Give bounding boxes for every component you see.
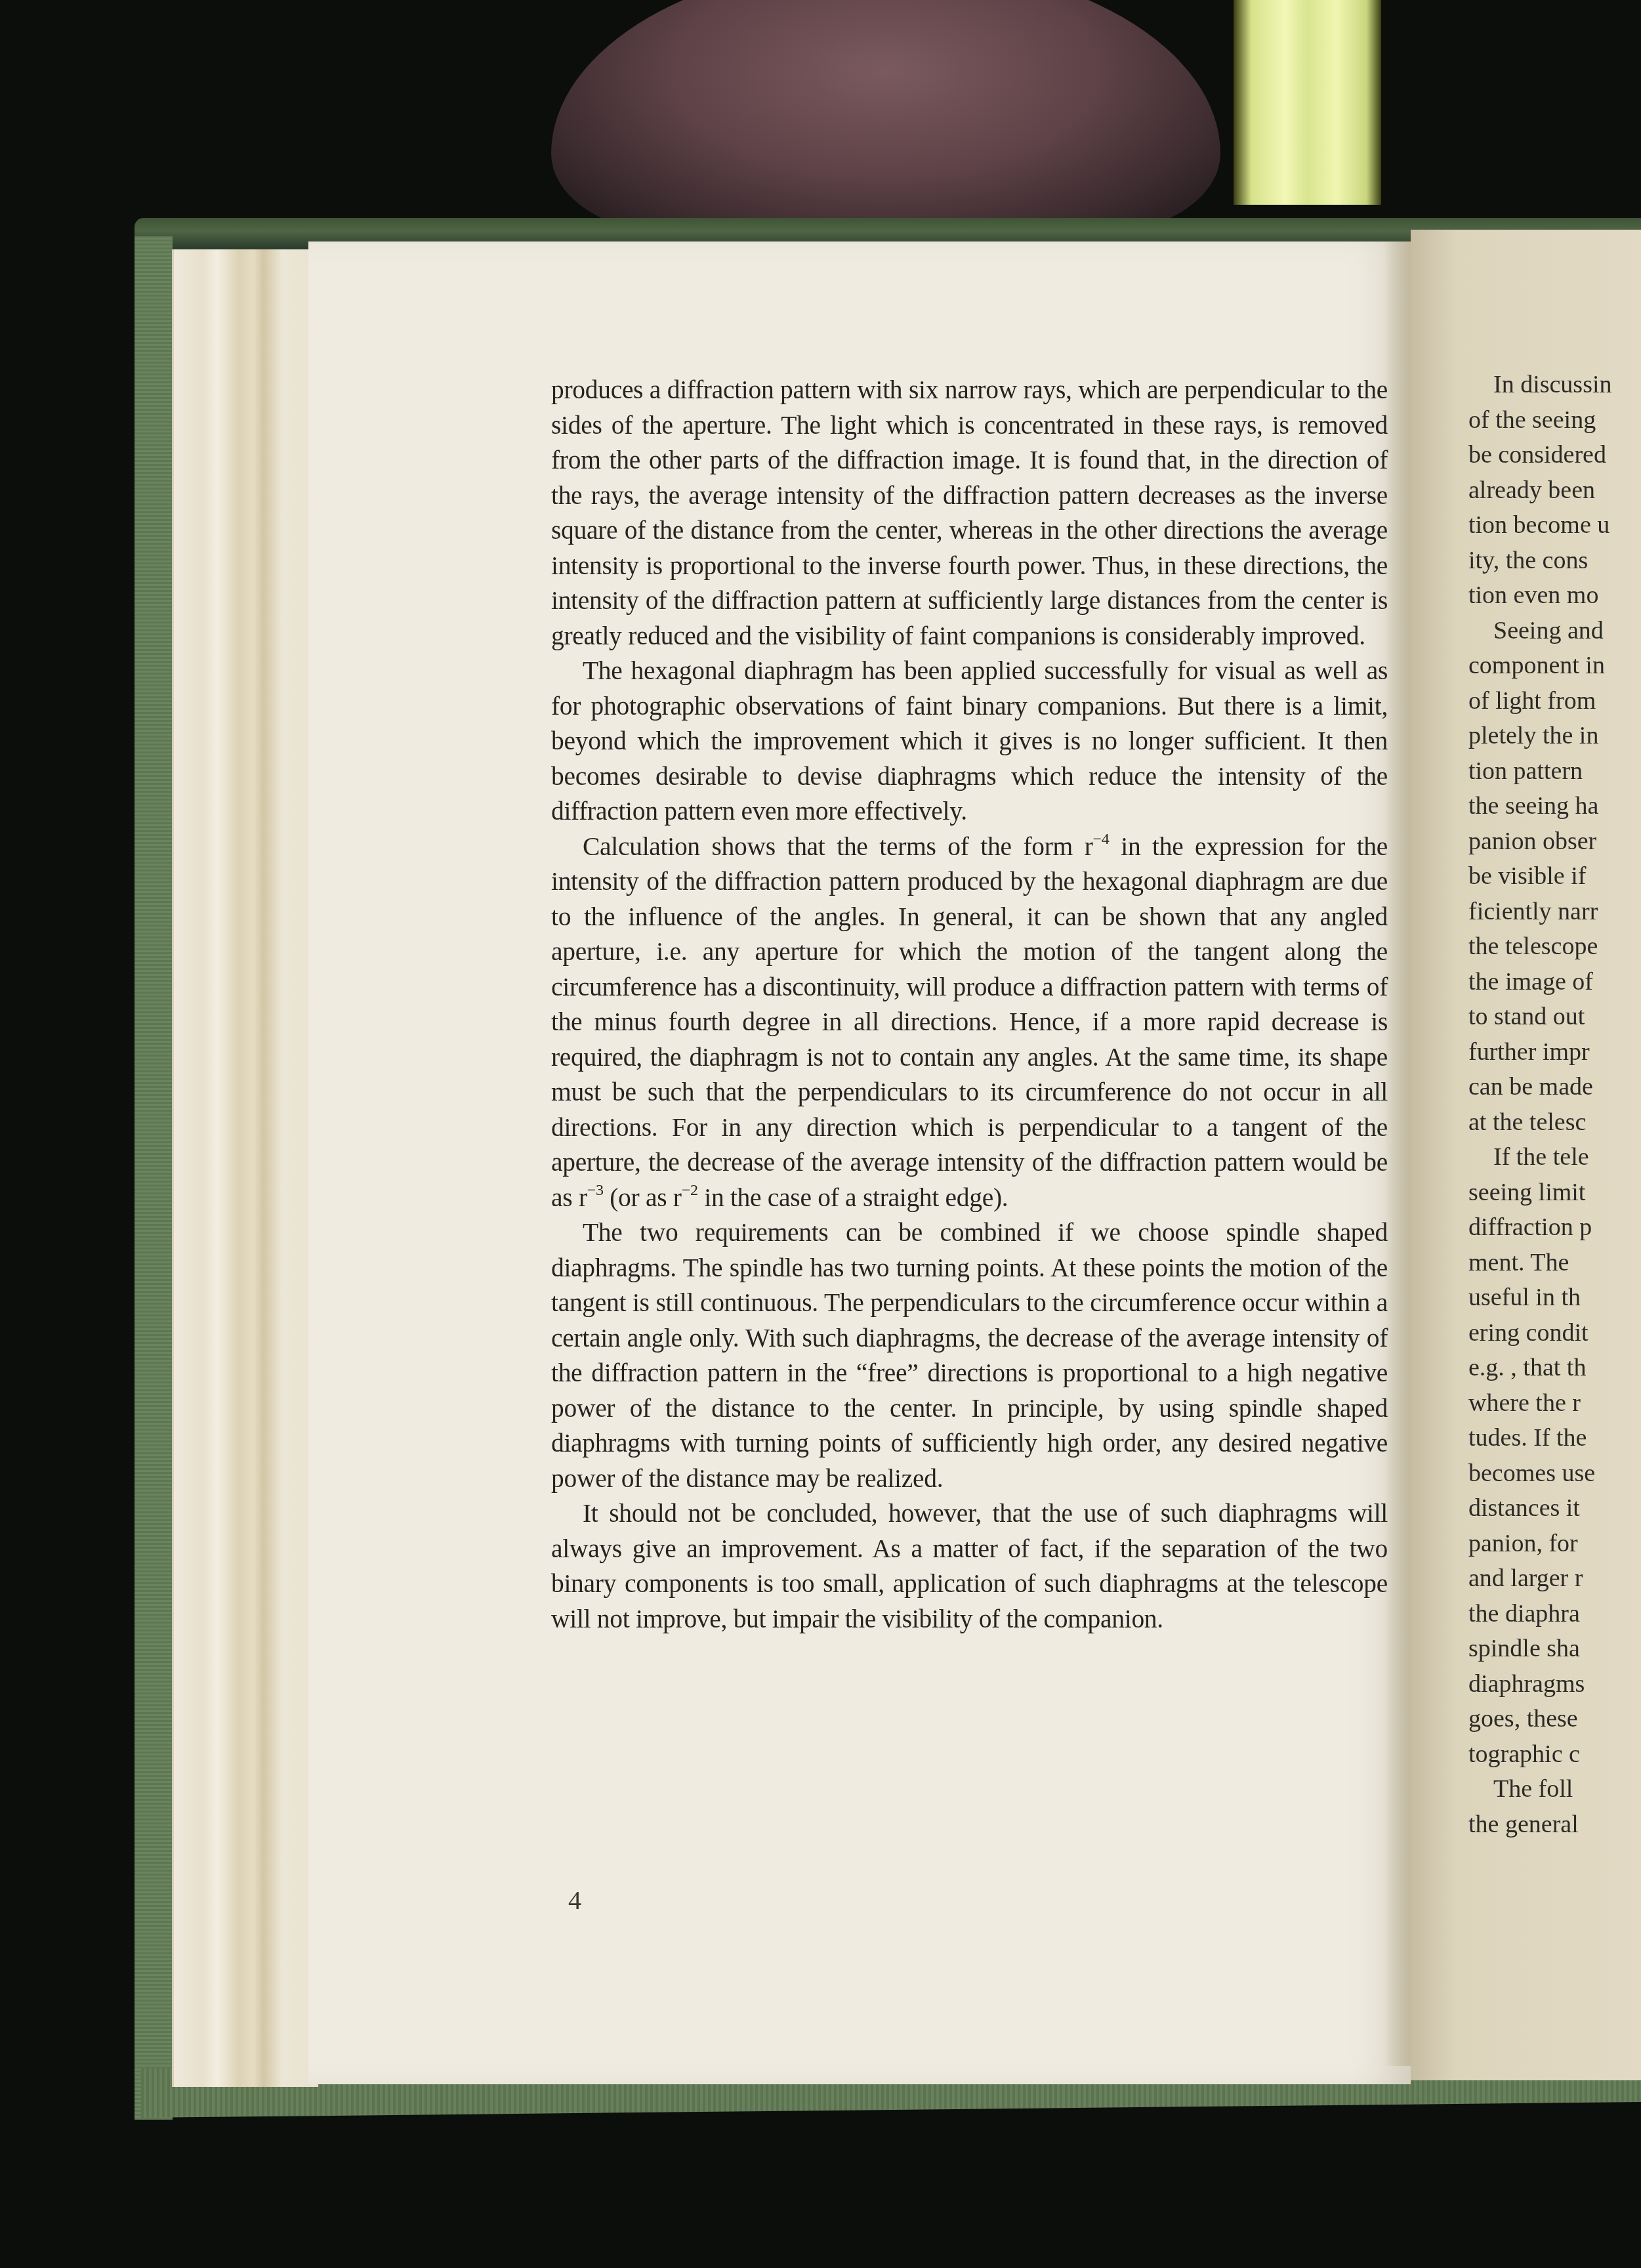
text-line: spindle sha <box>1468 1631 1641 1667</box>
text-line: tudes. If the <box>1468 1421 1641 1456</box>
scanner-light-reflection <box>1234 0 1381 205</box>
text-line: The foll <box>1468 1772 1641 1807</box>
exponent: −2 <box>682 1182 698 1199</box>
text-line: be visible if <box>1468 859 1641 894</box>
text-line: e.g. , that th <box>1468 1351 1641 1386</box>
text-line: ficiently narr <box>1468 894 1641 930</box>
left-page-body: produces a diffraction pattern with six … <box>551 373 1388 1637</box>
paragraph-text: Calculation shows that the terms of the … <box>583 832 1093 861</box>
paragraph-text: (or as r <box>604 1183 682 1212</box>
text-line: of the seeing <box>1468 403 1641 438</box>
paragraph: The hexagonal diaphragm has been applied… <box>551 654 1388 829</box>
text-line: the general <box>1468 1807 1641 1843</box>
text-line: seeing limit <box>1468 1175 1641 1211</box>
text-line: the diaphra <box>1468 1597 1641 1632</box>
page-number: 4 <box>568 1885 581 1916</box>
text-line: the seeing ha <box>1468 789 1641 824</box>
text-line: distances it <box>1468 1491 1641 1526</box>
paragraph-text: in the case of a straight edge). <box>698 1183 1008 1212</box>
text-line: panion, for <box>1468 1526 1641 1562</box>
text-line: becomes use <box>1468 1456 1641 1492</box>
text-line: further impr <box>1468 1035 1641 1070</box>
text-line: the telescope <box>1468 929 1641 965</box>
text-line: can be made <box>1468 1070 1641 1105</box>
page-stack-edges <box>172 249 318 2087</box>
paragraph: produces a diffraction pattern with six … <box>551 373 1388 654</box>
right-page-body: In discussinof the seeingbe consideredal… <box>1468 367 1641 1842</box>
text-line: goes, these <box>1468 1702 1641 1737</box>
text-line: diffraction p <box>1468 1210 1641 1246</box>
text-line: Seeing and <box>1468 614 1641 649</box>
paragraph: It should not be concluded, however, tha… <box>551 1496 1388 1637</box>
text-line: at the telesc <box>1468 1105 1641 1141</box>
text-line: already been <box>1468 473 1641 509</box>
text-line: tion even mo <box>1468 578 1641 614</box>
text-line: If the tele <box>1468 1140 1641 1175</box>
exponent: −4 <box>1093 831 1110 848</box>
text-line: where the r <box>1468 1386 1641 1421</box>
text-line: panion obser <box>1468 824 1641 860</box>
text-line: ering condit <box>1468 1316 1641 1351</box>
text-line: ity, the cons <box>1468 543 1641 579</box>
text-line: of light from <box>1468 684 1641 719</box>
hand-holding-book <box>551 0 1220 236</box>
text-line: tion pattern <box>1468 754 1641 789</box>
text-line: tion become u <box>1468 508 1641 543</box>
text-line: component in <box>1468 648 1641 684</box>
text-line: In discussin <box>1468 367 1641 403</box>
text-line: tographic c <box>1468 1737 1641 1773</box>
text-line: diaphragms <box>1468 1667 1641 1702</box>
text-line: the image of <box>1468 965 1641 1000</box>
exponent: −3 <box>587 1182 604 1199</box>
book-cover-left-edge <box>135 236 173 2120</box>
paragraph-text: in the expression for the intensity of t… <box>551 832 1388 1212</box>
text-line: ment. The <box>1468 1246 1641 1281</box>
text-line: and larger r <box>1468 1561 1641 1597</box>
text-line: to stand out <box>1468 999 1641 1035</box>
text-line: pletely the in <box>1468 719 1641 754</box>
paragraph: Calculation shows that the terms of the … <box>551 829 1388 1216</box>
paragraph: The two requirements can be combined if … <box>551 1215 1388 1496</box>
text-line: be considered <box>1468 438 1641 473</box>
text-line: useful in th <box>1468 1280 1641 1316</box>
